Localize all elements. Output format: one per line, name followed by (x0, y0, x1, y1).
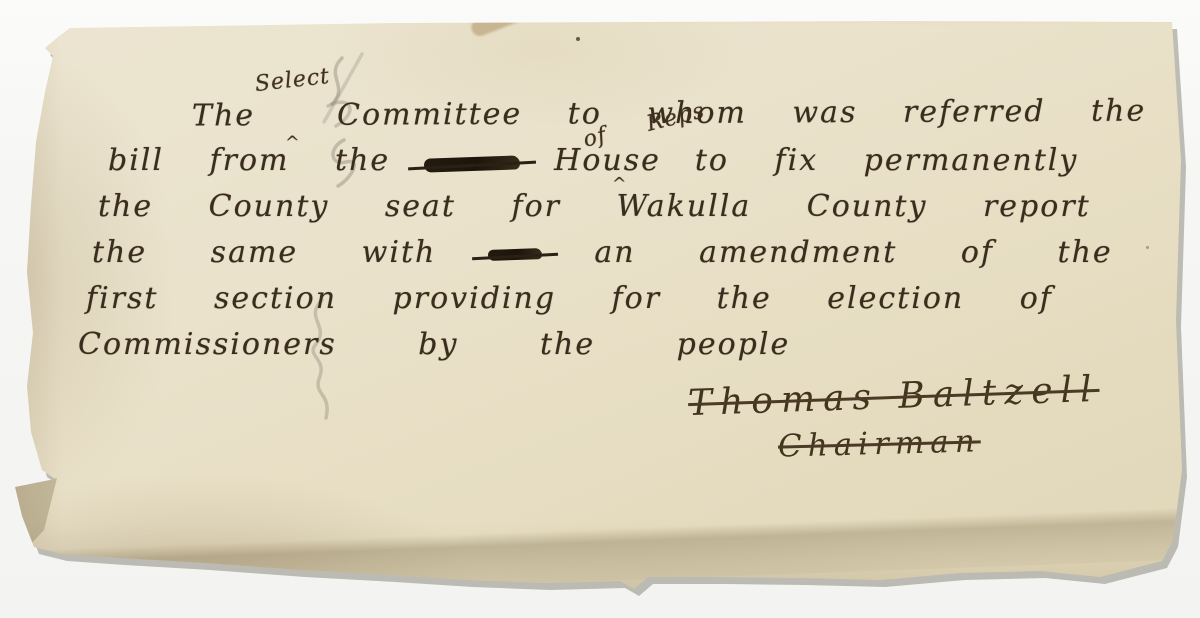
word-house-with-insert: House of Reps ^ (554, 142, 661, 180)
photo-background: The Select ^ Committee to whom was refer… (0, 0, 1200, 618)
manuscript-line-6: Commissioners by the people (78, 326, 790, 364)
manuscript-line-4: the same with an amendment of the (92, 234, 1113, 272)
manuscript-line-5: first section providing for the election… (86, 280, 1053, 318)
ink-speck (576, 37, 580, 41)
manuscript-line-2: bill from the House of Reps ^ to fix per… (108, 142, 1078, 180)
line-2-part-3: to fix permanently (695, 142, 1078, 180)
manuscript-line-3: the County seat for Wakulla County repor… (98, 188, 1091, 226)
signature-name-struck: Thomas Baltzell (687, 369, 1100, 424)
signature-title-struck: Chairman (778, 423, 982, 464)
word-the: The (192, 97, 255, 135)
line-4-part-2: an amendment of the (594, 234, 1112, 272)
line-1-text: Committee to whom was referred the (337, 93, 1146, 135)
ink-speck (1146, 246, 1149, 249)
inked-out-word (424, 155, 520, 172)
stain-streak (469, 0, 572, 38)
inserted-word-select: Select (254, 63, 332, 99)
line-4-part-1: the same with (92, 234, 436, 272)
inked-out-word (488, 248, 542, 261)
line-2-part-1: bill from the (108, 142, 390, 180)
manuscript-paper: The Select ^ Committee to whom was refer… (0, 0, 1200, 618)
